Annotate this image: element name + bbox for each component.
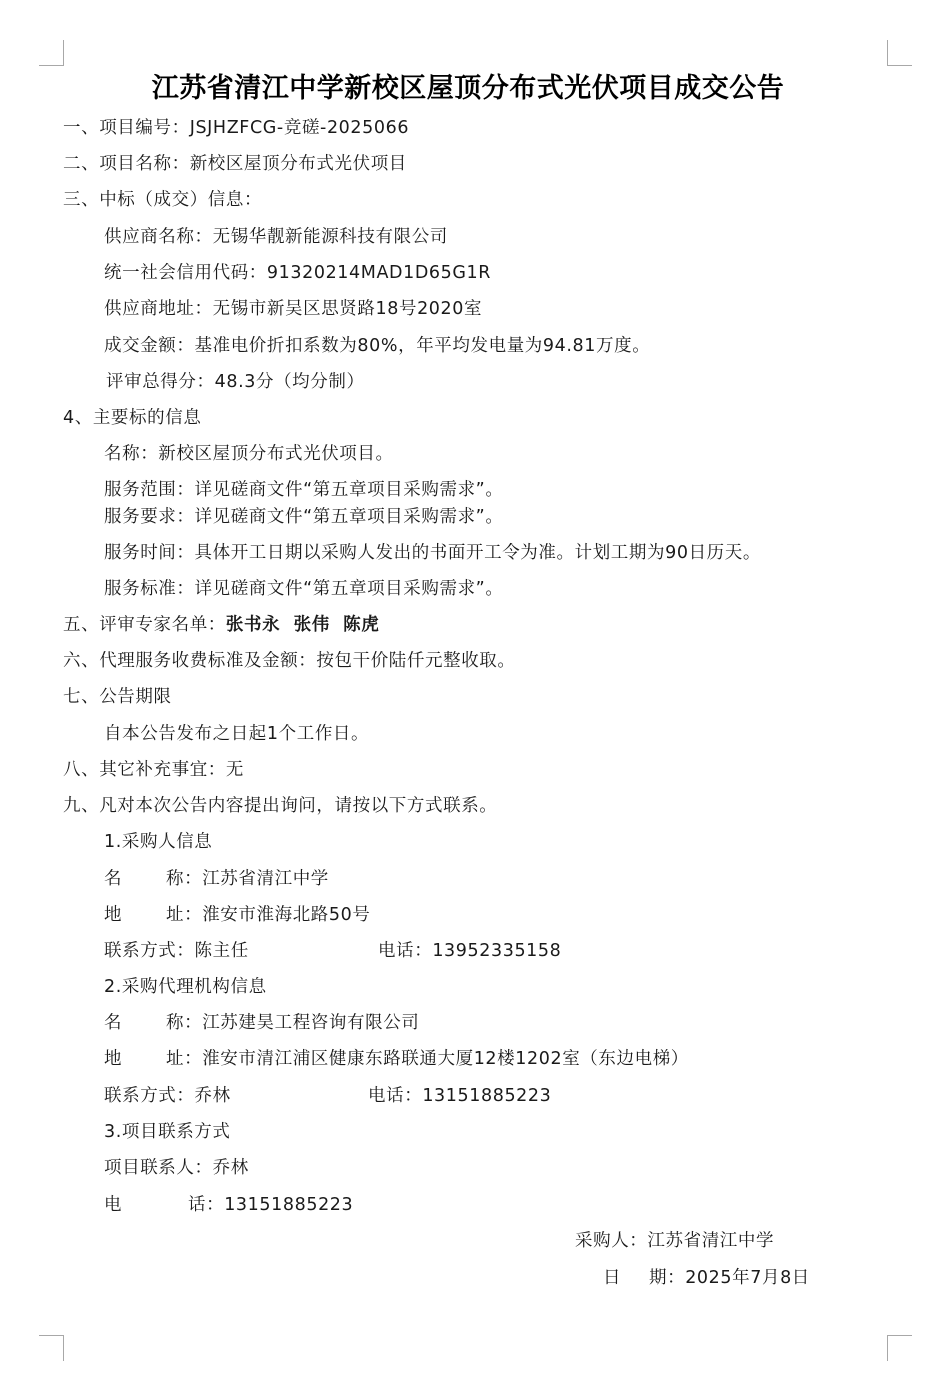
service-scope: 服务范围：详见磋商文件“第五章项目采购需求”。 [104,478,503,502]
purchaser-contact-row: 联系方式：陈主任电话：13952335158 [104,939,561,963]
other-matters: 八、其它补充事宜：无 [63,758,244,782]
agency-fee: 六、代理服务收费标准及金额：按包干价陆仟元整收取。 [63,649,516,673]
inquiry-contact-heading: 九、凡对本次公告内容提出询问，请按以下方式联系。 [63,794,497,818]
supplier-name: 供应商名称：无锡华靓新能源科技有限公司 [104,225,448,249]
review-score: 评审总得分：48.3分（均分制） [106,370,365,394]
service-requirement: 服务要求：详见磋商文件“第五章项目采购需求”。 [104,505,503,529]
deal-amount: 成交金额：基准电价折扣系数为80%，年平均发电量为94.81万度。 [104,334,650,358]
corner-mark-bottom-right [887,1335,912,1361]
supplier-address: 供应商地址：无锡市新吴区思贤路18号2020室 [104,297,482,321]
purchaser-address-row: 地址：淮安市淮海北路50号 [104,903,370,927]
subject-name: 名称：新校区屋顶分布式光伏项目。 [104,442,394,466]
expert-list: 五、评审专家名单：张书永 张伟 陈虎 [63,613,379,637]
agency-phone: 13151885223 [422,1086,551,1106]
signature-date: 2025年7月8日 [685,1268,810,1288]
notice-period-heading: 七、公告期限 [63,685,172,709]
agency-contact: 乔林 [195,1086,231,1106]
service-time: 服务时间：具体开工日期以采购人发出的书面开工令为准。计划工期为90日历天。 [104,541,761,565]
corner-mark-top-right [887,40,912,66]
agency-info-heading: 2.采购代理机构信息 [104,975,267,999]
purchaser-info-heading: 1.采购人信息 [104,830,212,854]
project-contact-person: 乔林 [213,1158,249,1178]
project-contact-person-row: 项目联系人：乔林 [104,1156,249,1180]
project-name: 二、项目名称：新校区屋顶分布式光伏项目 [63,152,407,176]
document-title: 江苏省清江中学新校区屋顶分布式光伏项目成交公告 [0,66,936,105]
agency-name-row: 名称：江苏建昊工程咨询有限公司 [104,1011,419,1035]
corner-mark-bottom-left [39,1335,64,1361]
project-contact-phone-row: 电话：13151885223 [104,1193,353,1217]
agency-contact-row: 联系方式：乔林电话：13151885223 [104,1084,551,1108]
purchaser-name-row: 名称：江苏省清江中学 [104,867,329,891]
signature-date-row: 日期：2025年7月8日 [603,1266,810,1290]
award-info-heading: 三、中标（成交）信息： [63,188,262,212]
service-standard: 服务标准：详见磋商文件“第五章项目采购需求”。 [104,577,503,601]
notice-period-detail: 自本公告发布之日起1个工作日。 [104,722,369,746]
purchaser-contact: 陈主任 [195,941,249,961]
signature-purchaser: 采购人：江苏省清江中学 [575,1229,774,1253]
project-contact-heading: 3.项目联系方式 [104,1120,231,1144]
corner-mark-top-left [39,40,64,66]
credit-code: 统一社会信用代码：91320214MAD1D65G1R [104,261,491,285]
project-contact-phone: 13151885223 [224,1195,353,1215]
project-number: 一、项目编号：JSJHZFCG-竞磋-2025066 [63,116,409,140]
agency-address-row: 地址：淮安市清江浦区健康东路联通大厦12楼1202室（东边电梯） [104,1047,689,1071]
expert-list-label: 五、评审专家名单： [63,615,226,635]
purchaser-name: 江苏省清江中学 [202,869,329,889]
agency-name: 江苏建昊工程咨询有限公司 [202,1013,419,1033]
main-subject-heading: 4、主要标的信息 [63,406,201,430]
purchaser-phone: 13952335158 [432,941,561,961]
purchaser-address: 淮安市淮海北路50号 [202,905,370,925]
agency-address: 淮安市清江浦区健康东路联通大厦12楼1202室（东边电梯） [202,1049,689,1069]
expert-names: 张书永 张伟 陈虎 [226,615,379,635]
